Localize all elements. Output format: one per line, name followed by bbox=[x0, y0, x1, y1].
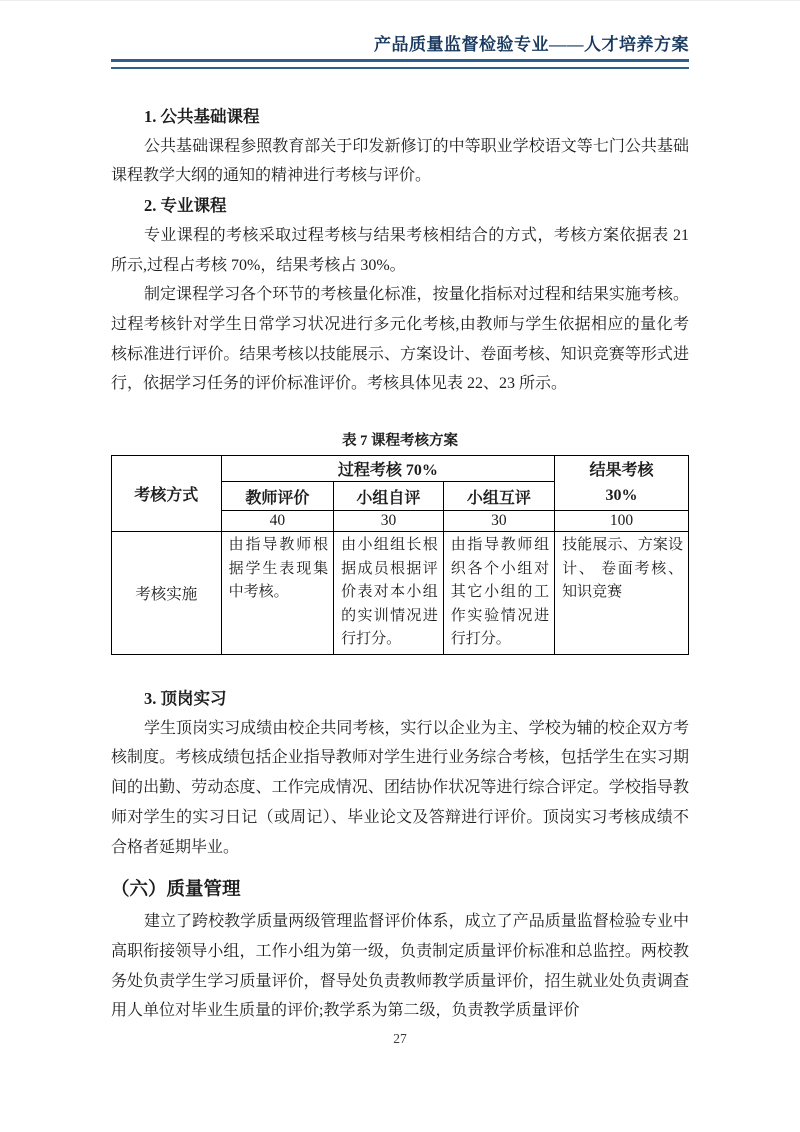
document-page: 产品质量监督检验专业——人才培养方案 1. 公共基础课程 公共基础课程参照教育部… bbox=[0, 0, 800, 1132]
table-header-teacher-evaluation: 教师评价 bbox=[221, 482, 334, 511]
table-weight-self: 30 bbox=[334, 511, 444, 532]
section-heading-quality-management: （六）质量管理 bbox=[111, 873, 689, 907]
paragraph-public-basic-courses: 公共基础课程参照教育部关于印发新修订的中等职业学校语文等七门公共基础课程教学大纲… bbox=[111, 132, 689, 191]
paragraph-major-courses-1: 专业课程的考核采取过程考核与结果考核相结合的方式，考核方案依据表 21 所示,过… bbox=[111, 221, 689, 280]
table-cell-peer-implementation: 由指导教师组织各个小组对其它小组的工作实验情况进行打分。 bbox=[443, 532, 554, 655]
paragraph-quality-management: 建立了跨校教学质量两级管理监督评价体系，成立了产品质量监督检验专业中高职衔接领导… bbox=[111, 907, 689, 1026]
table-weight-peer: 30 bbox=[443, 511, 554, 532]
page-content: 产品质量监督检验专业——人才培养方案 1. 公共基础课程 公共基础课程参照教育部… bbox=[111, 1, 689, 1026]
table-header-assessment-method: 考核方式 bbox=[112, 456, 222, 532]
course-assessment-table: 考核方式 过程考核 70% 结果考核 30% 教师评价 小组自评 小组互评 40… bbox=[111, 455, 689, 655]
section-heading-internship: 3. 顶岗实习 bbox=[111, 684, 689, 714]
table-cell-result-implementation: 技能展示、方案设计、 卷面考核、知识竞赛 bbox=[555, 532, 689, 655]
table-header-group-peer-evaluation: 小组互评 bbox=[443, 482, 554, 511]
table-header-result-assessment: 结果考核 30% bbox=[555, 456, 689, 511]
paragraph-internship: 学生顶岗实习成绩由校企共同考核，实行以企业为主、学校为辅的校企双方考核制度。考核… bbox=[111, 714, 689, 863]
table-cell-teacher-implementation: 由指导教师根据学生表现集中考核。 bbox=[221, 532, 334, 655]
table-weight-result: 100 bbox=[555, 511, 689, 532]
section-heading-major-courses: 2. 专业课程 bbox=[111, 191, 689, 221]
header-divider-rule bbox=[111, 59, 689, 69]
table-weight-teacher: 40 bbox=[221, 511, 334, 532]
table-caption: 表 7 课程考核方案 bbox=[111, 431, 689, 451]
page-number: 27 bbox=[0, 1031, 800, 1047]
table-header-group-self-evaluation: 小组自评 bbox=[334, 482, 444, 511]
table-header-process-assessment: 过程考核 70% bbox=[221, 456, 554, 482]
page-header-title: 产品质量监督检验专业——人才培养方案 bbox=[111, 34, 689, 56]
section-heading-public-basic-courses: 1. 公共基础课程 bbox=[111, 102, 689, 132]
table-row-label-implementation: 考核实施 bbox=[112, 532, 222, 655]
paragraph-major-courses-2: 制定课程学习各个环节的考核量化标准，按量化指标对过程和结果实施考核。过程考核针对… bbox=[111, 280, 689, 399]
table-cell-self-implementation: 由小组组长根据成员根据评价表对本小组的实训情况进行打分。 bbox=[334, 532, 444, 655]
